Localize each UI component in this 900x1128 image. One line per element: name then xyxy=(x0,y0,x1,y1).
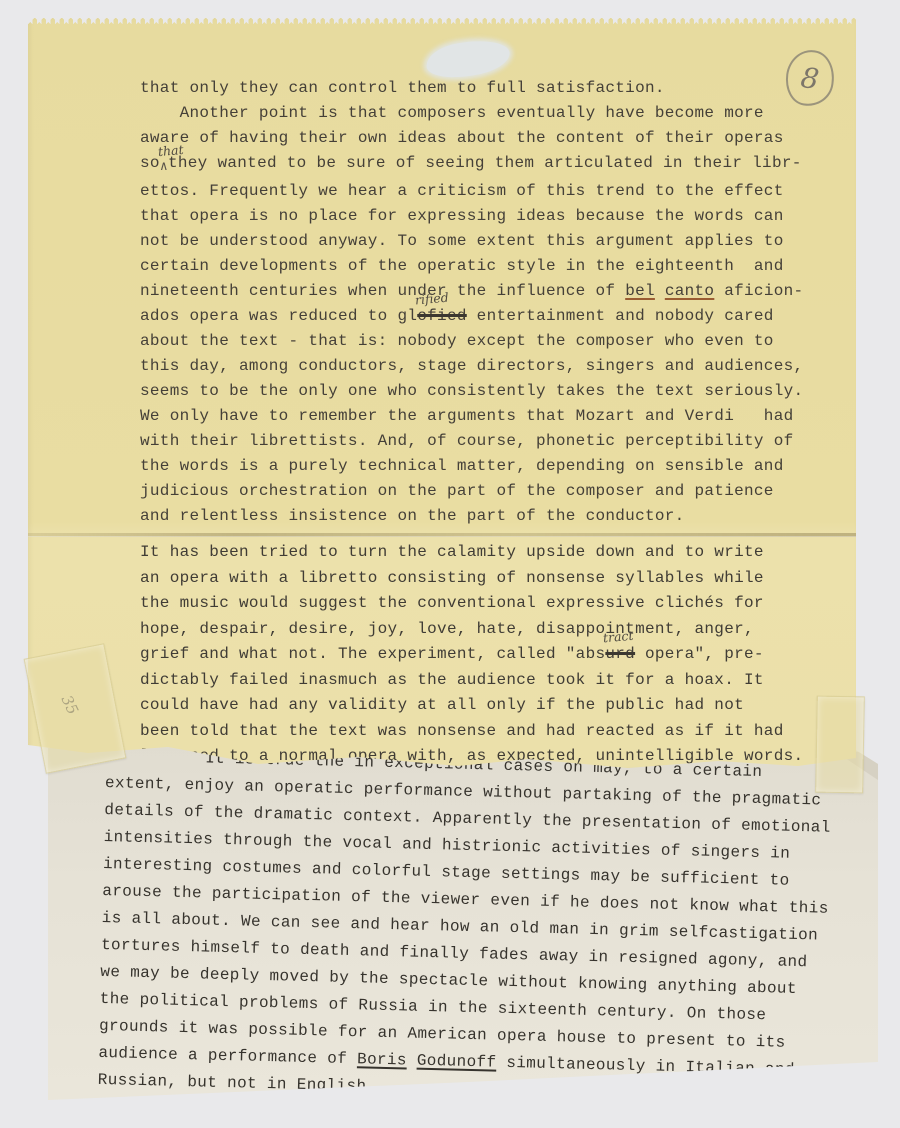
handwritten-correction: tract xyxy=(603,630,634,645)
underlined-text: canto xyxy=(665,282,715,300)
handwritten-correction: rified xyxy=(415,292,450,307)
page-number: 8 xyxy=(799,60,821,95)
torn-top-edge xyxy=(28,18,856,24)
typed-line: that opera is no place for expressing id… xyxy=(140,204,850,229)
typed-line: could have had any validity at all only … xyxy=(140,693,850,719)
handwritten-correction: that xyxy=(157,144,184,159)
typed-line: that only they can control them to full … xyxy=(140,76,850,101)
typed-line: about the text - that is: nobody except … xyxy=(140,329,850,354)
typed-line: grief and what not. The experiment, call… xyxy=(140,642,850,668)
typed-line: with their librettists. And, of course, … xyxy=(140,429,850,454)
underlined-text: bel xyxy=(625,282,655,300)
struck-out-text: ofiedrified xyxy=(417,307,467,325)
typed-line: the music would suggest the conventional… xyxy=(140,591,850,617)
struck-out-text: urdtract xyxy=(605,645,635,663)
typed-line: this day, among conductors, stage direct… xyxy=(140,354,850,379)
yellow-page-paragraph-1: that only they can control them to full … xyxy=(140,76,850,529)
typed-line: Another point is that composers eventual… xyxy=(140,101,850,126)
typed-line: aware of having their own ideas about th… xyxy=(140,126,850,151)
yellow-typed-page: that only they can control them to full … xyxy=(28,18,856,770)
white-typed-page: It is true the in exceptional cases on m… xyxy=(48,738,878,1106)
typed-line: and relentless insistence on the part of… xyxy=(140,504,850,529)
underlined-text: Boris xyxy=(357,1050,407,1069)
tape-pencil-mark: 35 xyxy=(57,692,82,717)
typed-line: judicious orchestration on the part of t… xyxy=(140,479,850,504)
typed-line: It has been tried to turn the calamity u… xyxy=(140,540,850,566)
typed-line: nineteenth centuries when under the infl… xyxy=(140,279,850,304)
typed-line: ados opera was reduced to glofiedrified … xyxy=(140,304,850,329)
tape-piece-right xyxy=(815,696,865,794)
typed-line: been told that the text was nonsense and… xyxy=(140,719,850,745)
white-page-text-block: It is true the in exceptional cases on m… xyxy=(97,743,875,1113)
fold-crease xyxy=(28,533,856,537)
typed-line: seems to be the only one who consistentl… xyxy=(140,379,850,404)
yellow-page-paragraph-2: It has been tried to turn the calamity u… xyxy=(140,540,850,770)
typed-line: the words is a purely technical matter, … xyxy=(140,454,850,479)
insertion-caret: ∧that xyxy=(160,159,168,174)
typed-line: an opera with a libretto consisting of n… xyxy=(140,566,850,592)
underlined-text: Godunoff xyxy=(417,1052,497,1072)
typed-line: certain developments of the operatic sty… xyxy=(140,254,850,279)
typed-line: dictably failed inasmuch as the audience… xyxy=(140,668,850,694)
typed-line: We only have to remember the arguments t… xyxy=(140,404,850,429)
typed-line: hope, despair, desire, joy, love, hate, … xyxy=(140,617,850,643)
typed-line: so∧thatthey wanted to be sure of seeing … xyxy=(140,151,850,179)
typed-line: not be understood anyway. To some extent… xyxy=(140,229,850,254)
typed-line: ettos. Frequently we hear a criticism of… xyxy=(140,179,850,204)
